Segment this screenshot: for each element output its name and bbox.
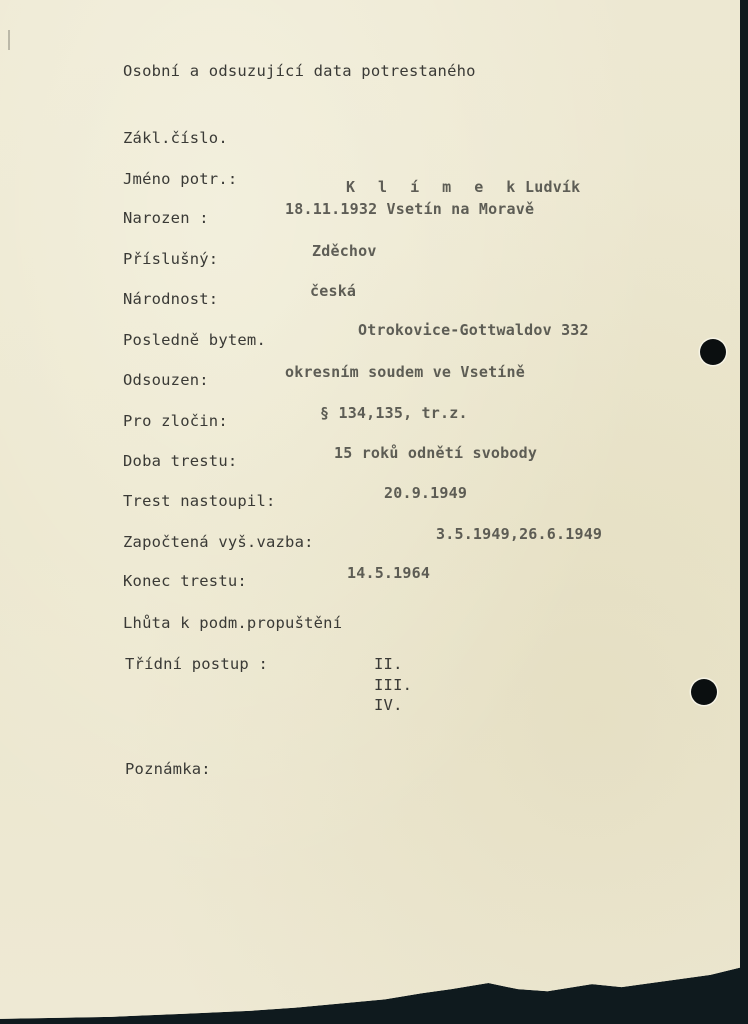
field-value-nationality: česká xyxy=(310,282,356,300)
class-progression-item: II. xyxy=(374,655,403,673)
field-label-domicile: Příslušný: xyxy=(123,250,218,268)
punch-hole xyxy=(691,679,717,705)
field-value-first-name: Ludvík xyxy=(525,178,580,196)
field-value-custody-credited: 3.5.1949,26.6.1949 xyxy=(436,525,602,543)
field-value-crime: § 134,135, tr.z. xyxy=(320,404,468,422)
field-value-sentence-length: 15 roků odnětí svobody xyxy=(334,444,537,462)
field-value-sentence-end: 14.5.1964 xyxy=(347,564,430,582)
field-value-sentenced-by: okresním soudem ve Vsetíně xyxy=(285,363,525,381)
field-label-note: Poznámka: xyxy=(125,760,211,778)
field-label-base-number: Zákl.číslo. xyxy=(123,129,228,147)
field-value-last-residence: Otrokovice-Gottwaldov 332 xyxy=(358,321,589,339)
punch-hole xyxy=(700,339,726,365)
field-label-sentence-end: Konec trestu: xyxy=(123,572,247,590)
class-progression-item: III. xyxy=(374,676,412,694)
document-page: Osobní a odsuzující data potrestaného Zá… xyxy=(0,0,740,1024)
class-progression-item: IV. xyxy=(374,696,403,714)
field-label-last-residence: Posledně bytem. xyxy=(123,331,266,349)
document-title: Osobní a odsuzující data potrestaného xyxy=(123,62,476,80)
field-label-name: Jméno potr.: xyxy=(123,170,237,188)
field-label-born: Narozen : xyxy=(123,209,209,227)
field-label-crime: Pro zločin: xyxy=(123,412,228,430)
field-label-class-progression: Třídní postup : xyxy=(125,655,268,673)
field-value-domicile: Zděchov xyxy=(312,242,377,260)
field-label-sentence-start: Trest nastoupil: xyxy=(123,492,276,510)
field-value-sentence-start: 20.9.1949 xyxy=(384,484,467,502)
field-value-surname: K l í m e k xyxy=(346,178,522,196)
field-label-parole-period: Lhůta k podm.propuštění xyxy=(123,614,342,632)
field-label-nationality: Národnost: xyxy=(123,290,218,308)
field-label-sentenced-by: Odsouzen: xyxy=(123,371,209,389)
field-value-born: 18.11.1932 Vsetín na Moravě xyxy=(285,200,534,218)
field-label-sentence-length: Doba trestu: xyxy=(123,452,237,470)
field-label-custody-credited: Započtená vyš.vazba: xyxy=(123,533,314,551)
